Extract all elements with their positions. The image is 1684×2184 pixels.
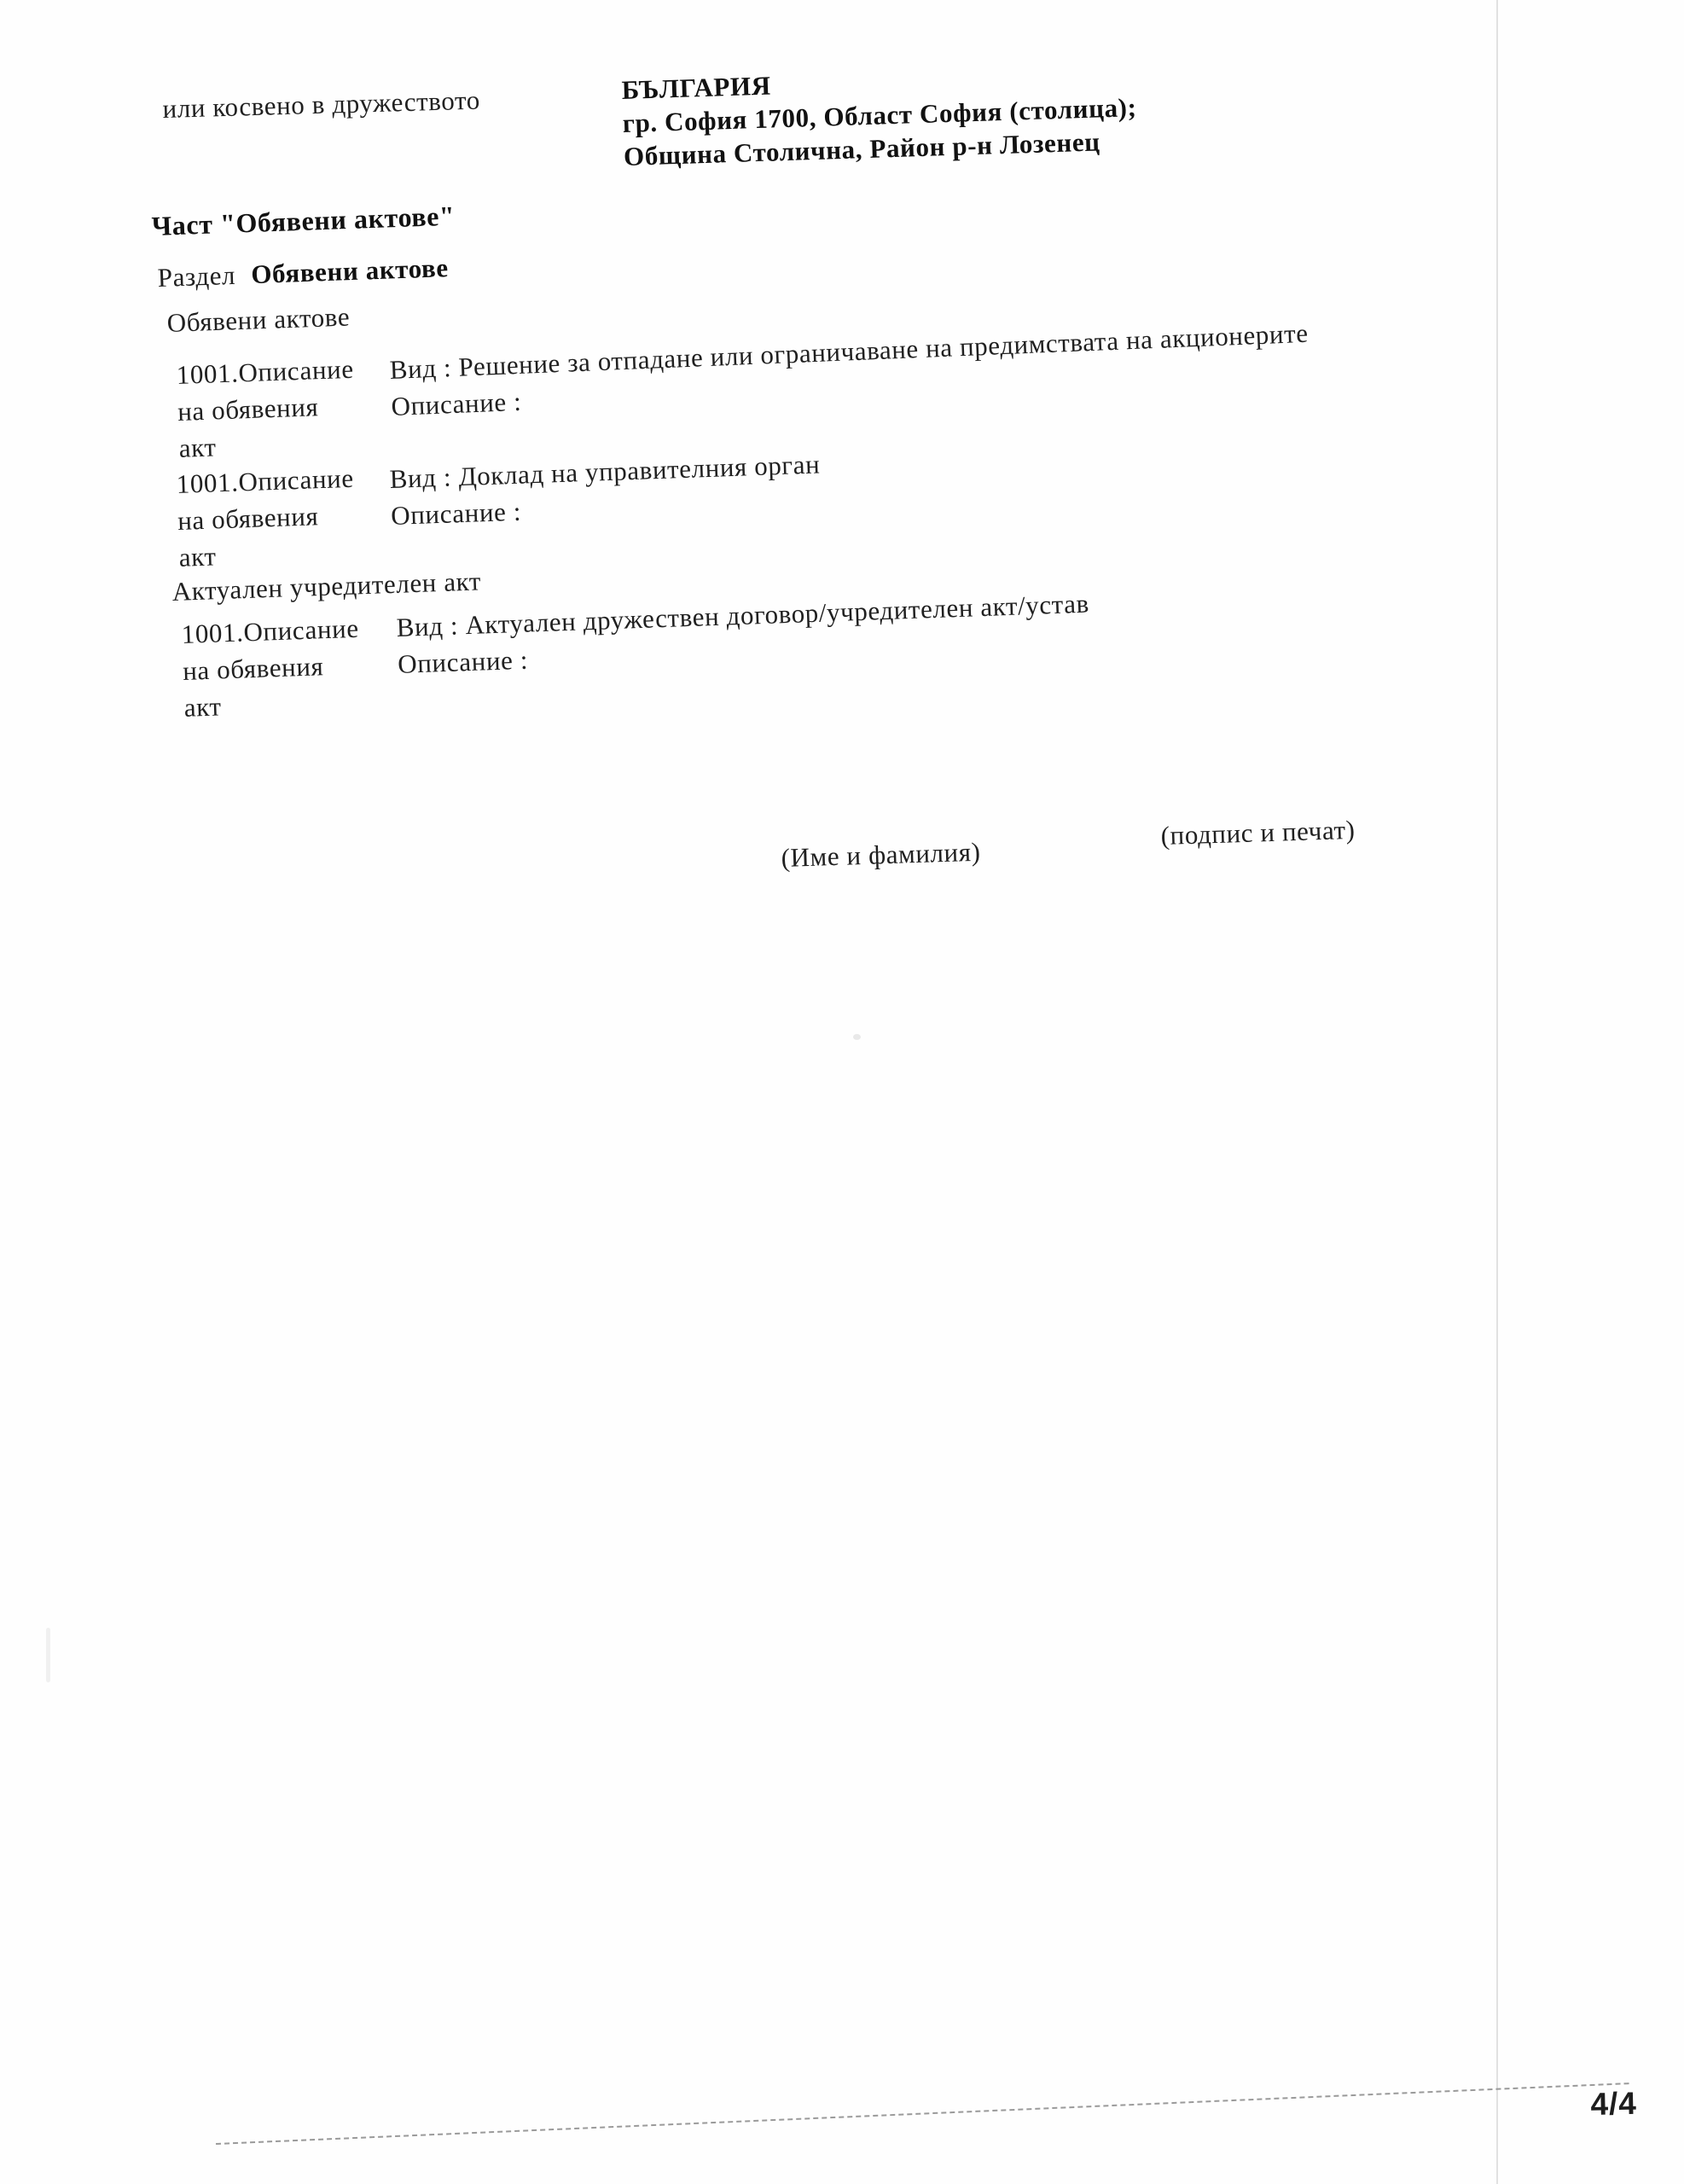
entry-value: Вид : Доклад на управителния орган Описа… <box>389 445 822 534</box>
entry-value: Вид : Актуален дружествен договор/учреди… <box>396 585 1091 682</box>
entry-value: Вид : Решение за отпадане или ограничава… <box>389 315 1310 425</box>
footer-rule <box>216 2082 1629 2145</box>
part-title: Част "Обявени актове" <box>151 198 456 245</box>
intro-note: или косвено в дружеството <box>162 82 480 127</box>
entry-field-label-line: на обявения <box>183 647 361 689</box>
group-heading-announced-acts: Обявени актове <box>166 299 351 341</box>
entry-field-label: 1001.Описание на обявения акт <box>176 460 357 576</box>
entry-field-label-line: 1001.Описание <box>176 460 354 502</box>
scan-artifact-speck <box>853 1034 861 1040</box>
page-number: 4/4 <box>1590 2086 1637 2123</box>
address-block: БЪЛГАРИЯ гр. София 1700, Област София (с… <box>621 57 1138 173</box>
entry-field-label-line: на обявения <box>177 387 356 430</box>
entry-field-label-line: 1001.Описание <box>181 610 359 653</box>
section-row: Раздел Обявени актове <box>157 249 449 296</box>
signature-stamp-caption: (подпис и печат) <box>1160 811 1356 854</box>
entry-field-label: 1001.Описание на обявения акт <box>176 351 357 467</box>
entry-field-label-line: акт <box>183 683 362 726</box>
scan-artifact-vertical-line <box>1496 0 1498 2184</box>
signature-name-caption: (Име и фамилия) <box>781 834 981 876</box>
entry-field-label-line: 1001.Описание <box>176 351 354 393</box>
entry-field-label: 1001.Описание на обявения акт <box>181 610 362 726</box>
scanned-document-page: или косвено в дружеството БЪЛГАРИЯ гр. С… <box>0 0 1684 2184</box>
section-title: Обявени актове <box>251 253 449 289</box>
entry-field-label-line: на обявения <box>177 497 356 539</box>
scan-artifact-smudge <box>46 1628 50 1682</box>
section-label: Раздел <box>157 260 235 293</box>
